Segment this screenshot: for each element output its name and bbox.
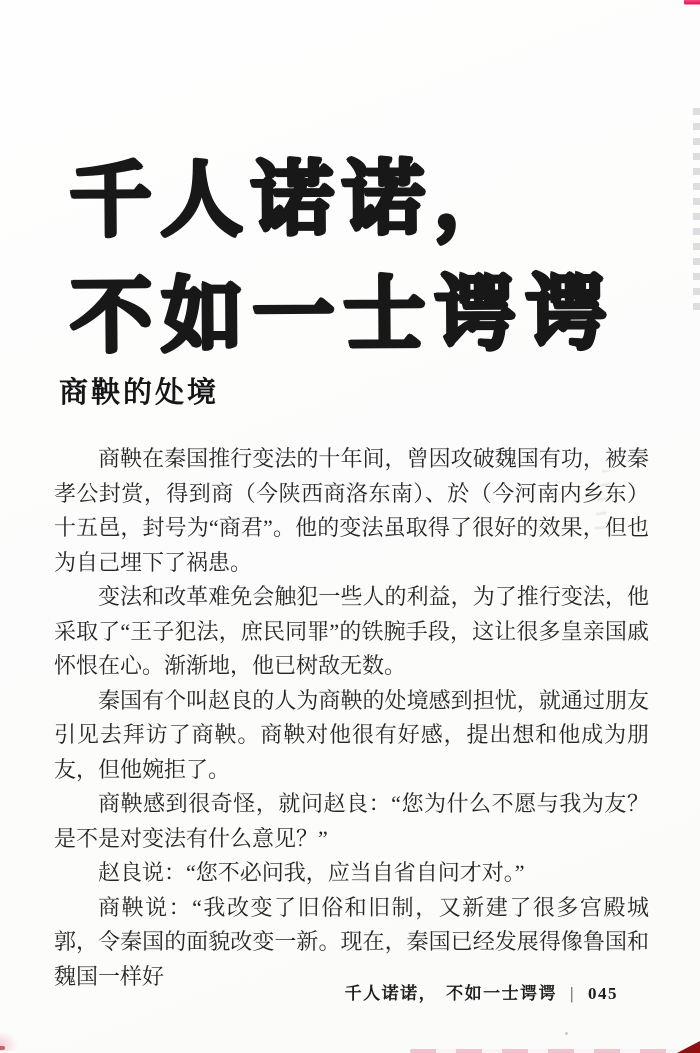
page-footer: 千人诺诺，不如一士谔谔|045 bbox=[345, 979, 618, 1004]
chapter-title-line1: 千人诺诺， bbox=[69, 140, 616, 260]
footer-page-number: 045 bbox=[588, 984, 618, 1003]
chapter-title: 千人诺诺， 不如一士谔谔 bbox=[69, 140, 617, 376]
scan-mark-bottom-left-speck bbox=[0, 1046, 5, 1050]
footer-running-title-part1: 千人诺诺， bbox=[345, 984, 438, 1003]
scan-bleed-through-text bbox=[693, 108, 700, 313]
scan-mark-top-right bbox=[684, 0, 700, 5]
paragraph: 变法和改革难免会触犯一些人的利益，为了推行变法，他采取了“王子犯法，庶民同罪”的… bbox=[54, 580, 649, 684]
paragraph: 秦国有个叫赵良的人为商鞅的处境感到担忧，就通过朋友引见去拜访了商鞅。商鞅对他很有… bbox=[54, 684, 649, 788]
body-text: 商鞅在秦国推行变法的十年间，曾因攻破魏国有功，被秦孝公封赏，得到商（今陕西商洛东… bbox=[54, 442, 649, 994]
paragraph: 商鞅在秦国推行变法的十年间，曾因攻破魏国有功，被秦孝公封赏，得到商（今陕西商洛东… bbox=[54, 442, 649, 580]
paragraph: 商鞅感到很奇怪，就问赵良：“您为什么不愿与我为友？是不是对变法有什么意见？” bbox=[54, 787, 649, 856]
section-heading: 商鞅的处境 bbox=[59, 370, 219, 411]
scan-dust-speck bbox=[565, 1032, 568, 1035]
book-page: 千人诺诺， 不如一士谔谔 商鞅的处境 商鞅在秦国推行变法的十年间，曾因攻破魏国有… bbox=[0, 0, 700, 1053]
paragraph: 赵良说：“您不必问我，应当自省自问才对。” bbox=[54, 856, 649, 891]
footer-separator: | bbox=[570, 984, 575, 1003]
footer-running-title-part2: 不如一士谔谔 bbox=[446, 984, 557, 1003]
chapter-title-line2: 不如一士谔谔 bbox=[70, 256, 617, 376]
scan-mark-bottom-edge bbox=[410, 1049, 682, 1053]
